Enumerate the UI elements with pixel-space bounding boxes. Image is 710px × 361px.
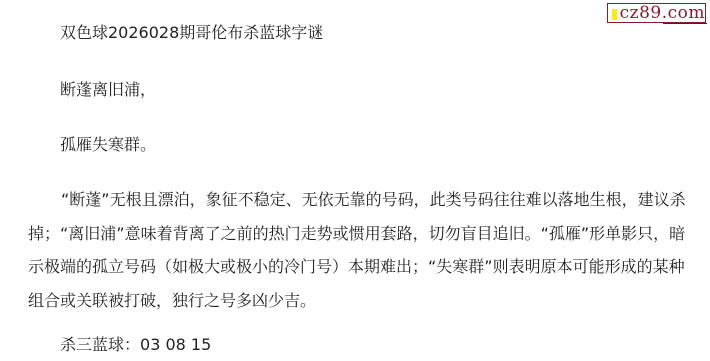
riddle-verse-line-1: 断蓬离旧浦， bbox=[60, 80, 156, 100]
watermark-underline bbox=[663, 23, 707, 24]
site-watermark: cz89.com bbox=[607, 3, 706, 23]
kill-numbers: 03 08 15 bbox=[140, 335, 211, 354]
article-title: 双色球2026028期哥伦布杀蓝球字谜 bbox=[60, 23, 323, 43]
riddle-explanation-paragraph: “断蓬”无根且漂泊，象征不稳定、无依无靠的号码，此类号码往往难以落地生根，建议杀… bbox=[28, 183, 688, 317]
riddle-verse-line-2: 孤雁失寒群。 bbox=[60, 135, 156, 155]
kill-blue-balls: 杀三蓝球：03 08 15 bbox=[60, 335, 211, 355]
kill-label: 杀三蓝球： bbox=[60, 335, 140, 354]
watermark-text: cz89.com bbox=[620, 4, 705, 22]
watermark-square-icon bbox=[612, 9, 617, 20]
